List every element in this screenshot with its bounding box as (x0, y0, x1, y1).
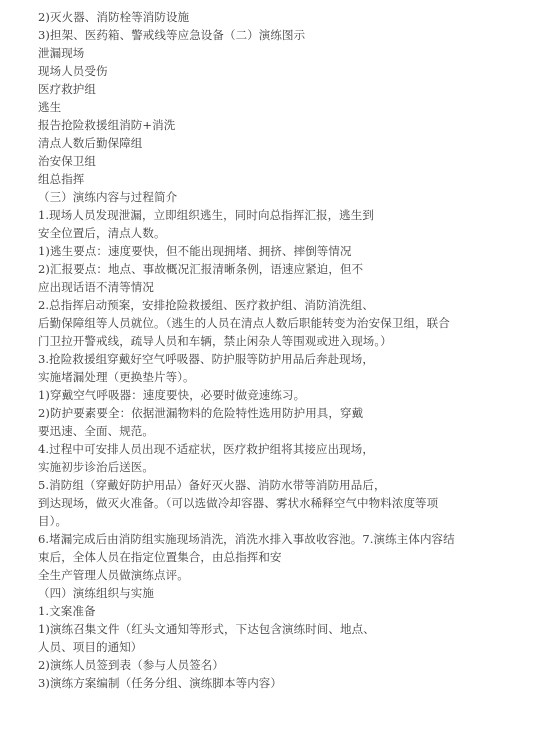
text-line: 泄漏现场 (38, 44, 505, 62)
text-line: 逃生 (38, 98, 505, 116)
document-page: 2)灭火器、消防栓等消防设施3)担架、医药箱、警戒线等应急设备（二）演练图示泄漏… (0, 0, 533, 732)
text-line: 实施堵漏处理（更换垫片等）。 (38, 368, 505, 386)
text-line: 2)灭火器、消防栓等消防设施 (38, 8, 505, 26)
text-line: 要迅速、全面、规范。 (38, 422, 505, 440)
text-line: 目）。 (38, 512, 505, 530)
text-line: 束后，全体人员在指定位置集合，由总指挥和安 (38, 548, 505, 566)
text-line: 1.文案准备 (38, 602, 505, 620)
text-line: 组总指挥 (38, 170, 505, 188)
text-line: 应出现话语不清等情况 (38, 278, 505, 296)
text-line: 2)防护要素要全：依据泄漏物料的危险特性选用防护用具，穿戴 (38, 404, 505, 422)
text-line: 安全位置后，清点人数。 (38, 224, 505, 242)
text-line: 后勤保障组等人员就位。（逃生的人员在清点人数后职能转变为治安保卫组，联合 (38, 314, 505, 332)
text-line: 2.总指挥启动预案，安排抢险救援组、医疗救护组、消防消洗组、 (38, 296, 505, 314)
text-line: 医疗救护组 (38, 80, 505, 98)
document-text-block: 2)灭火器、消防栓等消防设施3)担架、医药箱、警戒线等应急设备（二）演练图示泄漏… (38, 8, 505, 692)
text-line: 报告抢险救援组消防+消洗 (38, 116, 505, 134)
text-line: 1)穿戴空气呼吸器：速度要快，必要时做竞速练习。 (38, 386, 505, 404)
text-line: 2)演练人员签到表（参与人员签名） (38, 656, 505, 674)
text-line: 3)演练方案编制（任务分组、演练脚本等内容） (38, 674, 505, 692)
text-line: 现场人员受伤 (38, 62, 505, 80)
text-line: 1)演练召集文件（红头文通知等形式，下达包含演练时间、地点、 (38, 620, 505, 638)
text-line: 1)逃生要点：速度要快，但不能出现拥堵、拥挤、摔倒等情况 (38, 242, 505, 260)
text-line: 人员、项目的通知） (38, 638, 505, 656)
text-line: 2)汇报要点：地点、事故概况汇报清晰条例，语速应紧迫，但不 (38, 260, 505, 278)
text-line: （四）演练组织与实施 (38, 584, 505, 602)
text-line: 实施初步诊治后送医。 (38, 458, 505, 476)
text-line: （三）演练内容与过程简介 (38, 188, 505, 206)
text-line: 1.现场人员发现泄漏，立即组织逃生，同时向总指挥汇报，逃生到 (38, 206, 505, 224)
text-line: 门卫拉开警戒线，疏导人员和车辆，禁止闲杂人等围观或进入现场。） (38, 332, 505, 350)
text-line: 4.过程中可安排人员出现不适症状，医疗救护组将其接应出现场， (38, 440, 505, 458)
text-line: 治安保卫组 (38, 152, 505, 170)
text-line: 全生产管理人员做演练点评。 (38, 566, 505, 584)
text-line: 到达现场，做灭火准备。（可以选做冷却容器、雾状水稀释空气中物料浓度等项 (38, 494, 505, 512)
text-line: 清点人数后勤保障组 (38, 134, 505, 152)
text-line: 5.消防组（穿戴好防护用品）备好灭火器、消防水带等消防用品后， (38, 476, 505, 494)
text-line: 3.抢险救援组穿戴好空气呼吸器、防护服等防护用品后奔赴现场， (38, 350, 505, 368)
text-line: 6.堵漏完成后由消防组实施现场消洗，消洗水排入事故收容池。7.演练主体内容结 (38, 530, 505, 548)
text-line: 3)担架、医药箱、警戒线等应急设备（二）演练图示 (38, 26, 505, 44)
